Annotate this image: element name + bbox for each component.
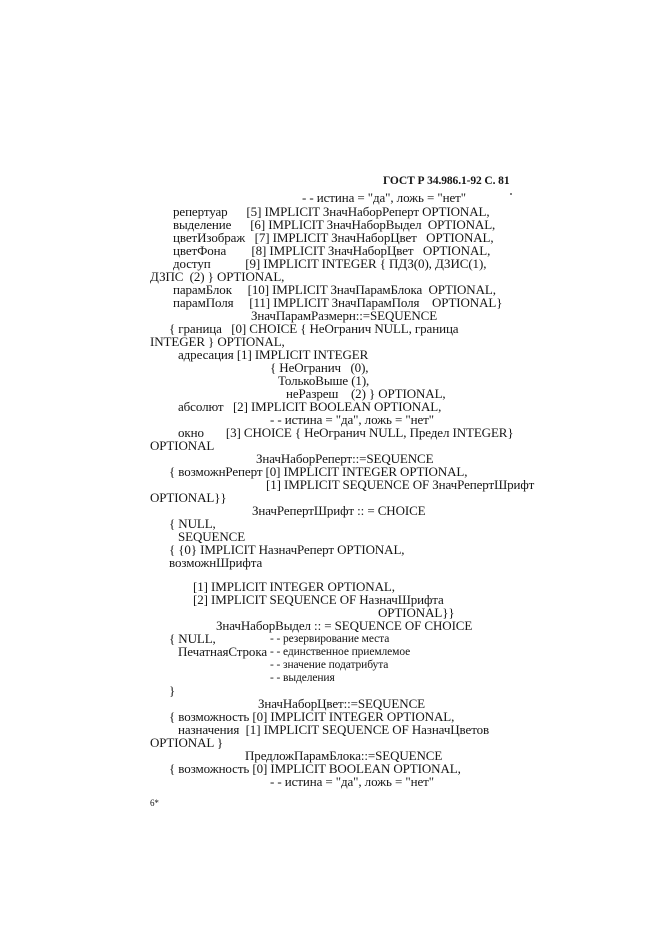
listing-line: - - истина = "да", ложь = "нет" bbox=[270, 775, 434, 789]
listing-line: ЗначНаборВыдел :: = SEQUENCE OF CHOICE bbox=[216, 619, 472, 633]
listing-line: OPTIONAL bbox=[150, 439, 214, 453]
comment-line: - - единственное приемлемое bbox=[270, 645, 410, 659]
comment-line: - - резервирование места bbox=[270, 632, 389, 646]
listing-line: окно [3] CHOICE { НеОгранич NULL, Предел… bbox=[178, 426, 514, 440]
running-title: ГОСТ Р 34.986.1-92 С. 81 bbox=[383, 174, 509, 188]
comment-line: - - выделения bbox=[270, 671, 335, 685]
signature-mark: 6* bbox=[150, 796, 159, 810]
listing-line: ЗначРепертШрифт :: = CHOICE bbox=[252, 504, 426, 518]
listing-line: ПечатнаяСтрока bbox=[178, 645, 267, 659]
listing-line: [1] IMPLICIT SEQUENCE OF ЗначРепертШрифт bbox=[266, 478, 534, 492]
speck bbox=[510, 193, 512, 195]
comment-line: - - значение податрибута bbox=[270, 658, 388, 672]
listing-line: } bbox=[169, 684, 175, 698]
document-page: ГОСТ Р 34.986.1-92 С. 81 - - истина = "д… bbox=[0, 0, 661, 935]
listing-line: OPTIONAL } bbox=[150, 736, 223, 750]
listing-line: OPTIONAL}} bbox=[150, 491, 226, 505]
listing-line: возможнШрифта bbox=[169, 556, 262, 570]
listing-line: назначения [1] IMPLICIT SEQUENCE OF Назн… bbox=[178, 723, 489, 737]
listing-line: - - истина = "да", ложь = "нет" bbox=[302, 191, 466, 205]
